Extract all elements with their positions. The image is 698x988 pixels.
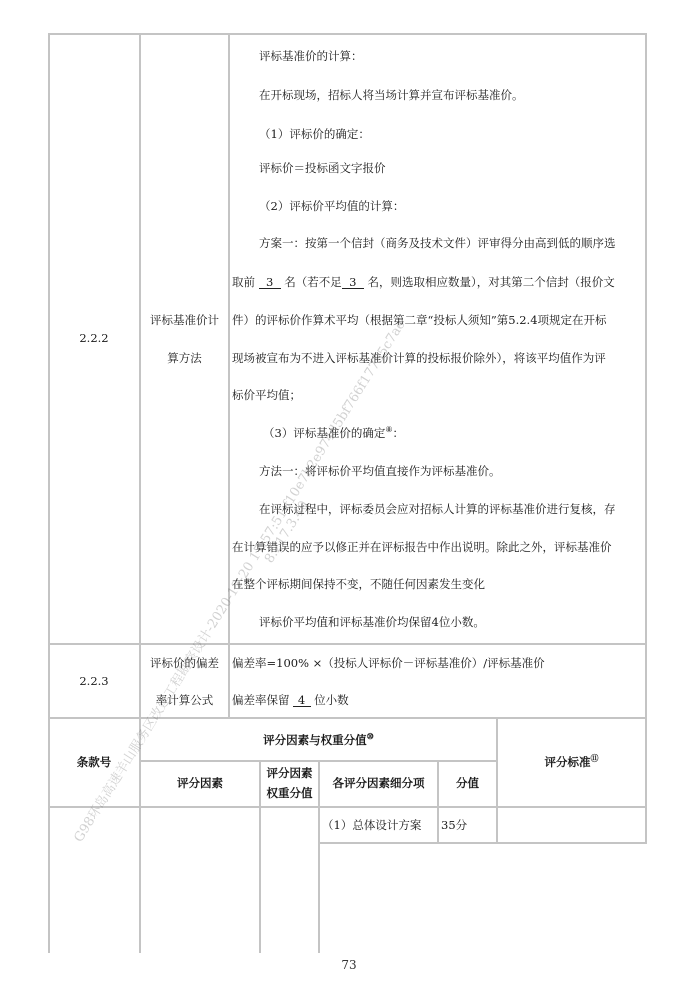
- table-border-left: [48, 33, 50, 953]
- count-underlined: 3: [259, 276, 281, 289]
- paragraph: 在整个评标期间保持不变，不随任何因素发生变化: [232, 577, 485, 591]
- deviation-formula: 偏差率=100% ×（投标人评标价－评标基准价）/评标基准价: [232, 656, 545, 670]
- clause-number-222: 2.2.2: [49, 331, 139, 345]
- paragraph: 方法一：将评标价平均值直接作为评标基准价。: [259, 464, 501, 478]
- header-factor: 评分因素: [140, 776, 260, 790]
- paragraph: （2）评标价平均值的计算：: [259, 199, 404, 213]
- item-name-223-line2: 率计算公式: [140, 693, 229, 707]
- paragraph: （3）评标基准价的确定⑧：: [263, 426, 404, 440]
- header-criteria: 评分标准⑪: [497, 755, 646, 769]
- paragraph: 在计算错误的应予以修正并在评标报告中作出说明。除此之外，评标基准价: [232, 540, 612, 554]
- header-factors-weights: 评分因素与权重分值⑩: [140, 733, 497, 747]
- header-factor-weight-line1: 评分因素: [260, 766, 319, 780]
- paragraph: 现场被宣布为不进入评标基准价计算的投标报价除外），将该平均值作为评: [232, 351, 606, 365]
- score-cell: 35分: [441, 818, 467, 832]
- paragraph: 评标价＝投标函文字报价: [259, 161, 386, 175]
- row-divider-subitem-1: [319, 842, 647, 844]
- item-name-222-line2: 算方法: [140, 351, 229, 365]
- paragraph: 件）的评标价作算术平均（根据第二章“投标人须知”第5.2.4项规定在开标: [232, 313, 607, 327]
- header-sub-item: 各评分因素细分项: [319, 776, 438, 790]
- paragraph: （1）评标价的确定：: [259, 127, 370, 141]
- decimal-count-underlined: 4: [293, 694, 311, 707]
- paragraph: 评标价平均值和评标基准价均保留4位小数。: [259, 615, 485, 629]
- header-clause-no: 条款号: [49, 755, 139, 769]
- col-divider-1: [139, 33, 141, 953]
- paragraph: 评标基准价的计算：: [259, 49, 363, 63]
- text: ：: [393, 426, 405, 440]
- footnote-marker: ⑩: [367, 731, 374, 741]
- row-divider-222-223: [49, 643, 647, 645]
- col-divider-score: [437, 760, 439, 843]
- footnote-marker: ⑪: [591, 753, 599, 763]
- text: 评分标准: [545, 755, 591, 769]
- paragraph: 方案一：按第一个信封（商务及技术文件）评审得分由高到低的顺序选: [259, 236, 616, 250]
- header-score: 分值: [438, 776, 497, 790]
- text: （3）评标基准价的确定: [263, 426, 385, 440]
- text: 评分因素与权重分值: [263, 733, 367, 747]
- page-number: 73: [0, 958, 698, 972]
- row-divider-223-header: [49, 717, 647, 719]
- item-name-223-line1: 评标价的偏差: [140, 656, 229, 670]
- paragraph: 在开标现场，招标人将当场计算并宣布评标基准价。: [259, 88, 524, 102]
- paragraph: 标价平均值；: [232, 388, 301, 402]
- paragraph: 取前 3 名（若不足3 名，则选取相应数量），对其第二个信封（报价文: [232, 275, 615, 289]
- count-underlined: 3: [342, 276, 364, 289]
- col-divider-2: [228, 33, 230, 717]
- paragraph: 在评标过程中，评标委员会应对招标人计算的评标基准价进行复核，存: [259, 502, 616, 516]
- text: 名（若不足: [281, 275, 342, 289]
- text: 位小数: [311, 693, 349, 707]
- header-divider-bottom: [49, 806, 647, 808]
- item-name-222-line1: 评标基准价计: [140, 313, 229, 327]
- table-border-right: [645, 33, 647, 843]
- sub-item-cell: （1）总体设计方案: [322, 818, 421, 832]
- deviation-precision: 偏差率保留4 位小数: [232, 693, 349, 707]
- header-factor-weight-line2: 权重分值: [260, 786, 319, 800]
- footnote-marker: ⑧: [385, 425, 392, 434]
- text: 偏差率保留: [232, 693, 290, 707]
- text: 取前: [232, 275, 259, 289]
- clause-number-223: 2.2.3: [49, 674, 139, 688]
- text: 名，则选取相应数量），对其第二个信封（报价文: [364, 275, 615, 289]
